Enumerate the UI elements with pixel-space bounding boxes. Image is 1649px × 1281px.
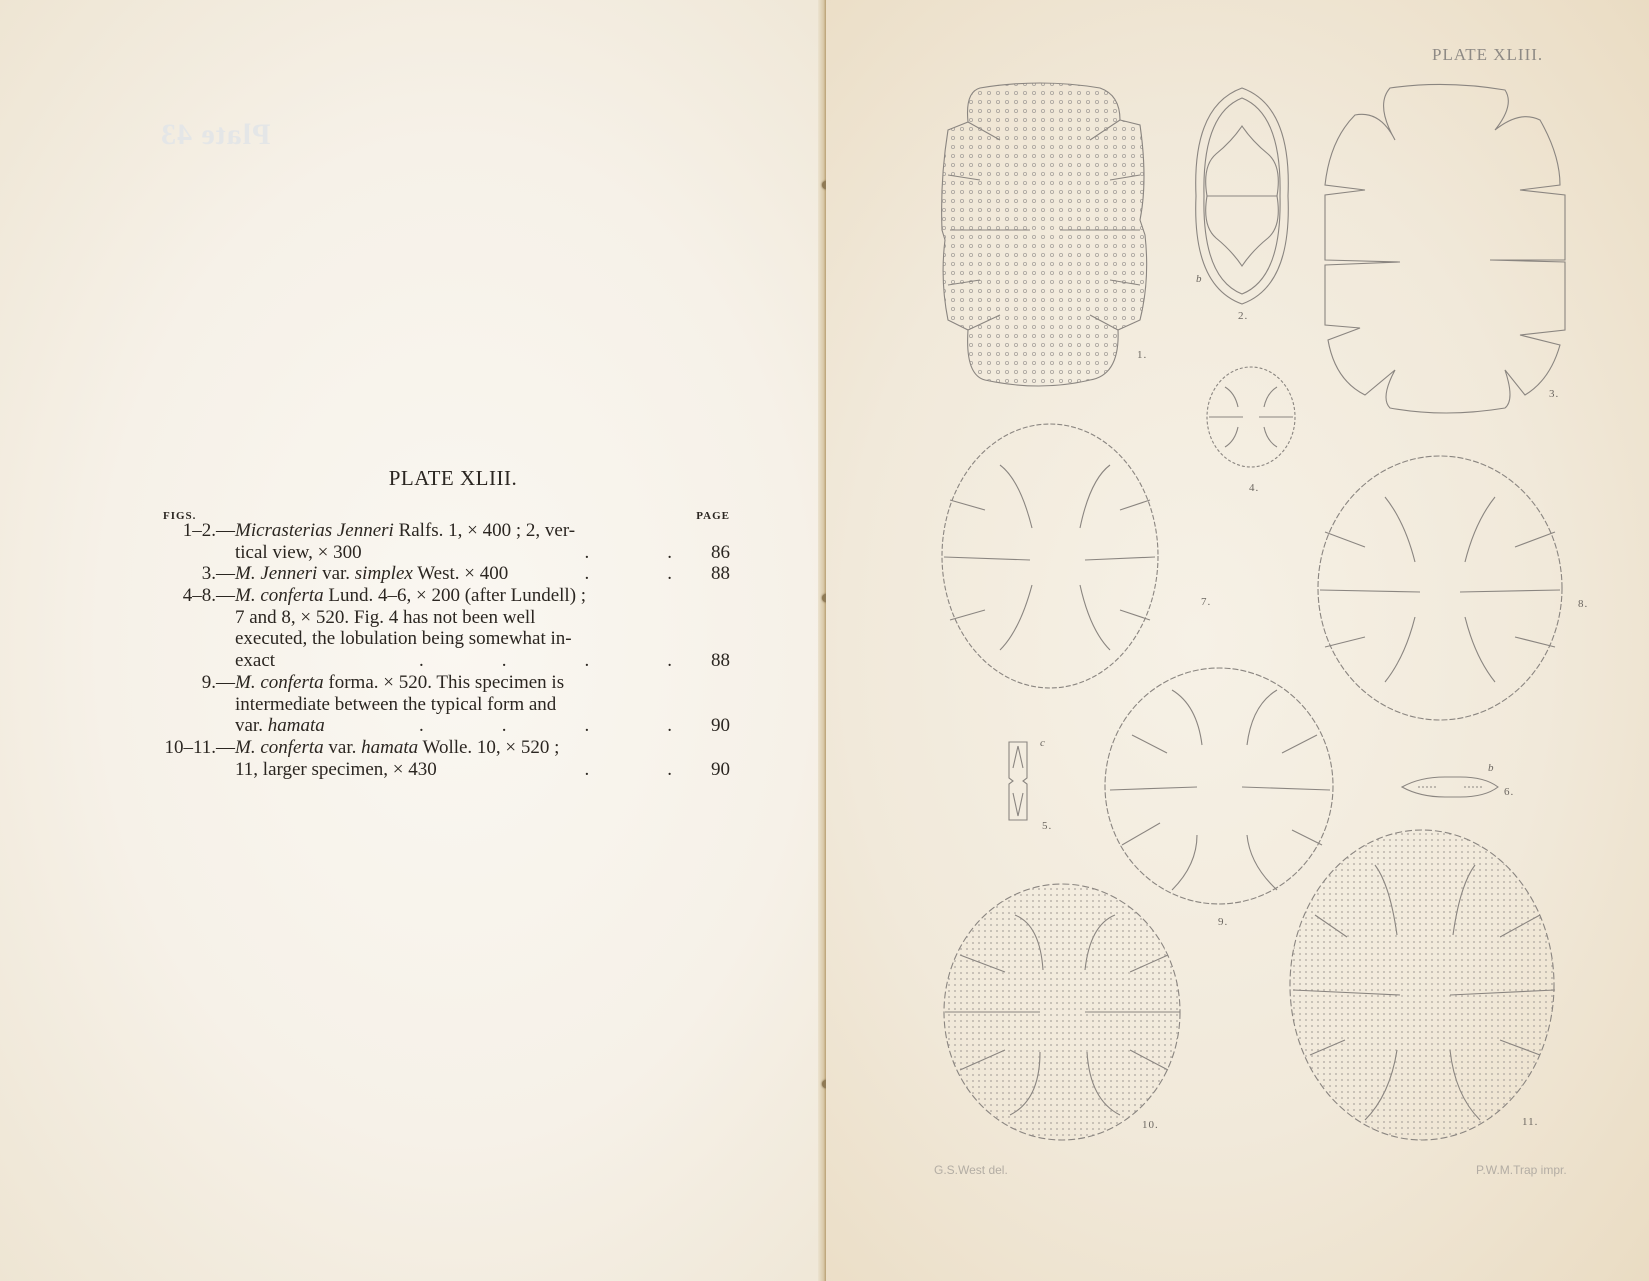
figure-4-illustration (1205, 365, 1297, 470)
leader-dots: .... (235, 715, 672, 737)
figure-10-illustration (940, 880, 1185, 1145)
figure-number: 1–2.— (183, 520, 235, 542)
figure-5-sublabel-c: c (1040, 737, 1045, 749)
legend-text: 7 and 8, × 520. Fig. 4 has not been well (235, 607, 535, 629)
figure-number: 9.— (202, 672, 235, 694)
legend-entry: 4–8.—M. conferta Lund. 4–6, × 200 (after… (150, 585, 730, 672)
legend-entries: 1–2.—Micrasterias Jenneri Ralfs. 1, × 40… (150, 520, 730, 780)
figure-label-4: 4. (1249, 482, 1259, 494)
figure-label-3: 3. (1549, 388, 1559, 400)
bleed-through-text: Plate 43 (160, 118, 270, 152)
legend-text: intermediate between the typical form an… (235, 694, 556, 716)
legend-line: 3.—M. Jenneri var. simplex West. × 400..… (150, 563, 730, 585)
leader-dots: .. (480, 542, 672, 564)
legend-line: tical view, × 300..86 (150, 542, 730, 564)
figure-number: 10–11.— (164, 737, 235, 759)
page-number: 88 (690, 650, 730, 672)
figure-label-6: 6. (1504, 786, 1514, 798)
figure-number: 4–8.— (183, 585, 235, 607)
legend-line: 7 and 8, × 520. Fig. 4 has not been well (150, 607, 730, 629)
legend-line: 9.—M. conferta forma. × 520. This specim… (150, 672, 730, 694)
page-number: 90 (690, 715, 730, 737)
figure-5-illustration (1005, 738, 1031, 824)
artist-credit: G.S.West del. (934, 1163, 1008, 1177)
figure-2-illustration (1192, 86, 1292, 306)
figure-label-7: 7. (1201, 596, 1211, 608)
figure-label-1: 1. (1137, 349, 1147, 361)
figure-label-5: 5. (1042, 820, 1052, 832)
legend-entry: 1–2.—Micrasterias Jenneri Ralfs. 1, × 40… (150, 520, 730, 563)
leader-dots: .. (480, 563, 672, 585)
legend-text: Micrasterias Jenneri Ralfs. 1, × 400 ; 2… (235, 520, 575, 542)
plate-title: PLATE XLIII. (0, 466, 826, 491)
legend-text: tical view, × 300 (235, 542, 362, 564)
legend-text: M. conferta forma. × 520. This specimen … (235, 672, 564, 694)
figure-label-2: 2. (1238, 310, 1248, 322)
legend-line: executed, the lobulation being somewhat … (150, 628, 730, 650)
figure-label-11: 11. (1522, 1116, 1538, 1128)
plate-legend: FIGS. PAGE 1–2.—Micrasterias Jenneri Ral… (150, 506, 730, 780)
plate-header: PLATE XLIII. (1432, 45, 1543, 65)
legend-line: 4–8.—M. conferta Lund. 4–6, × 200 (after… (150, 585, 730, 607)
legend-text: M. Jenneri var. simplex West. × 400 (235, 563, 508, 585)
page-number: 90 (690, 759, 730, 781)
legend-line: var. hamata....90 (150, 715, 730, 737)
figure-6-sublabel-b: b (1488, 762, 1494, 774)
figure-1-illustration (940, 80, 1150, 395)
legend-text: M. conferta var. hamata Wolle. 10, × 520… (235, 737, 559, 759)
figure-11-illustration (1285, 825, 1560, 1150)
legend-line: 11, larger specimen, × 430..90 (150, 759, 730, 781)
figure-label-9: 9. (1218, 916, 1228, 928)
legend-text: M. conferta Lund. 4–6, × 200 (after Lund… (235, 585, 586, 607)
page-number: 88 (690, 563, 730, 585)
leader-dots: .. (480, 759, 672, 781)
legend-text: executed, the lobulation being somewhat … (235, 628, 572, 650)
legend-line: intermediate between the typical form an… (150, 694, 730, 716)
leader-dots: .... (235, 650, 672, 672)
figure-3-illustration (1320, 80, 1565, 410)
left-page: Plate 43 PLATE XLIII. FIGS. PAGE 1–2.—Mi… (0, 0, 826, 1281)
figure-label-8: 8. (1578, 598, 1588, 610)
legend-line: exact....88 (150, 650, 730, 672)
figure-7-illustration (940, 420, 1160, 692)
figure-label-10: 10. (1142, 1119, 1159, 1131)
legend-line: 10–11.—M. conferta var. hamata Wolle. 10… (150, 737, 730, 759)
figure-2-sublabel-b: b (1196, 273, 1202, 285)
printer-credit: P.W.M.Trap impr. (1476, 1163, 1567, 1177)
figure-number: 3.— (202, 563, 235, 585)
page-number: 86 (690, 542, 730, 564)
legend-text: 11, larger specimen, × 430 (235, 759, 437, 781)
figure-8-illustration (1315, 452, 1565, 724)
figure-6-illustration (1400, 773, 1500, 801)
legend-entry: 10–11.—M. conferta var. hamata Wolle. 10… (150, 737, 730, 780)
legend-entry: 9.—M. conferta forma. × 520. This specim… (150, 672, 730, 737)
legend-entry: 3.—M. Jenneri var. simplex West. × 400..… (150, 563, 730, 585)
legend-line: 1–2.—Micrasterias Jenneri Ralfs. 1, × 40… (150, 520, 730, 542)
legend-column-headers: FIGS. PAGE (150, 506, 730, 520)
